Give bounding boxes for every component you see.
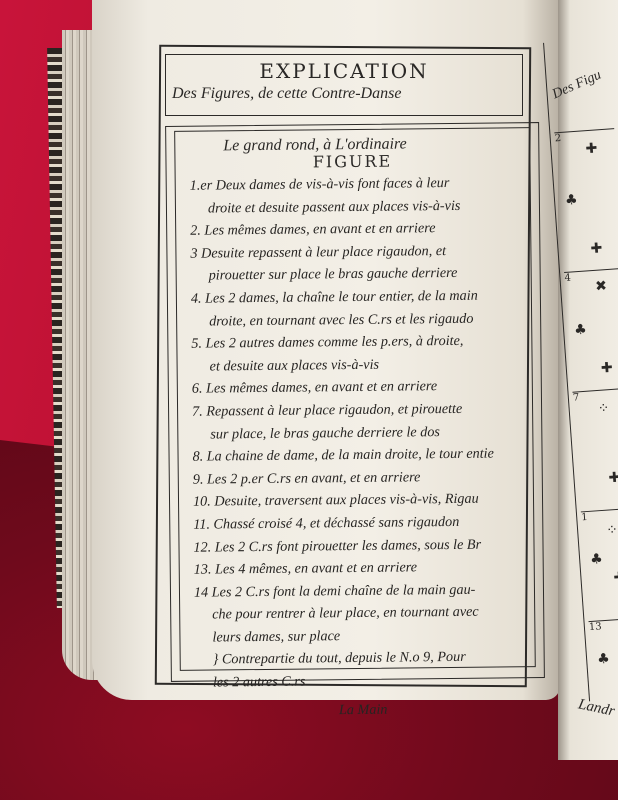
cell-number: 1 xyxy=(581,512,588,523)
dancer-cross-icon: ✚ xyxy=(613,570,618,587)
dancer-cross-icon: ✚ xyxy=(585,140,598,157)
dancer-cross-icon: ✚ xyxy=(590,240,603,257)
dancer-trefoil-icon: ♣ xyxy=(565,192,579,209)
dancer-cross-icon: ✚ xyxy=(608,470,618,487)
instruction-line: 8. La chaine de dame, de la main droite,… xyxy=(192,442,528,468)
instruction-line: 10. Desuite, traversent aux places vis-à… xyxy=(193,487,529,513)
diagram-cell: 4 ✖ ♣ ✚ xyxy=(564,268,618,393)
cell-number: 4 xyxy=(564,273,571,284)
page-subtitle: Des Figures, de cette Contre-Danse xyxy=(166,85,522,103)
right-page-title: Des Figu xyxy=(550,66,608,103)
dancer-dots-icon: ⁘ xyxy=(597,400,610,417)
dancer-trefoil-icon: ♣ xyxy=(597,651,611,668)
instruction-line: 12. Les 2 C.rs font pirouetter les dames… xyxy=(193,533,529,559)
inner-frame: Le grand rond, à L'ordinaire FIGURE 1.er… xyxy=(174,127,536,671)
closing-line: La Main xyxy=(195,691,531,723)
cell-number: 7 xyxy=(573,392,580,403)
title-box: EXPLICATION Des Figures, de cette Contre… xyxy=(165,54,523,116)
dancer-cross-icon: ✚ xyxy=(600,360,613,377)
dancer-trefoil-icon: ♣ xyxy=(590,551,604,568)
diagram-cell: 7 ⁘ ✚ xyxy=(572,388,618,513)
figure-explanation-box: Le grand rond, à L'ordinaire FIGURE 1.er… xyxy=(165,122,545,682)
cell-number: 2 xyxy=(554,133,561,144)
diagram-cell: 1 ⁘ ♣ ✚ xyxy=(581,507,618,622)
cell-number: 13 xyxy=(589,621,602,633)
page-title: EXPLICATION xyxy=(166,59,522,83)
dancer-dots-icon: ⁘ xyxy=(606,522,618,539)
dancer-trefoil-icon: ♣ xyxy=(574,322,588,339)
instruction-lines: 1.er Deux dames de vis-à-vis font faces … xyxy=(176,169,536,723)
diagram-cell: 2 ✚ ♣ ✚ xyxy=(554,128,618,273)
dancer-cross-icon: ✖ xyxy=(595,278,608,295)
instruction-line: 4. Les 2 dames, la chaîne le tour entier… xyxy=(191,284,527,310)
diagram-cell: 13 ♣ xyxy=(589,617,618,702)
